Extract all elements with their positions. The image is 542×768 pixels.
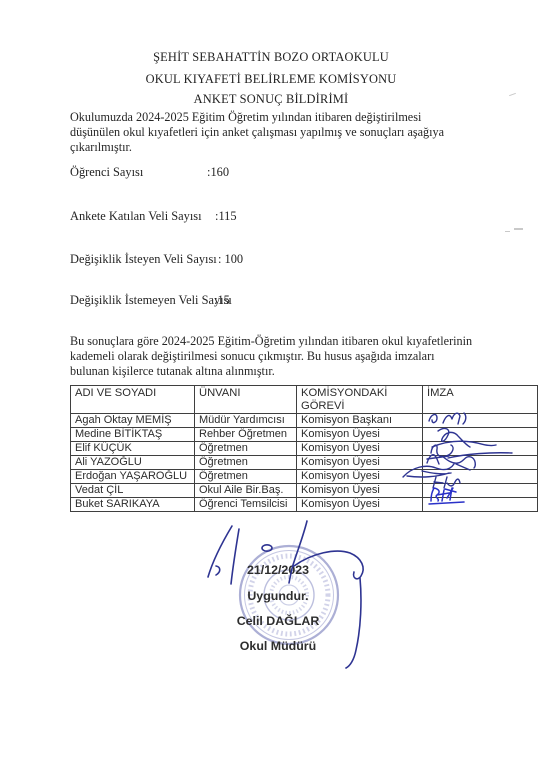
approval-status: Uygundur.	[178, 589, 378, 603]
stat-student-count: Öğrenci Sayısı :160	[70, 165, 143, 179]
stat-value: :15	[214, 293, 230, 308]
cell-signature	[423, 414, 538, 428]
principal-name: Celil DAĞLAR	[178, 614, 378, 628]
cell-signature	[423, 428, 538, 442]
cell-name: Elif KÜÇÜK	[71, 442, 195, 456]
stat-label: Ankete Katılan Veli Sayısı	[70, 209, 202, 223]
col-header-role: KOMİSYONDAKİ GÖREVİ	[297, 386, 423, 414]
col-header-title: ÜNVANI	[195, 386, 297, 414]
cell-title: Öğretmen	[195, 442, 297, 456]
cell-role: Komisyon Üyesi	[297, 428, 423, 442]
table-row: Buket SARIKAYA Öğrenci Temsilcisi Komisy…	[71, 498, 538, 512]
cell-signature	[423, 498, 538, 512]
intro-paragraph: Okulumuzda 2024-2025 Eğitim Öğretim yılı…	[70, 110, 462, 156]
commission-table: ADI VE SOYADI ÜNVANI KOMİSYONDAKİ GÖREVİ…	[70, 385, 538, 512]
cell-signature	[423, 470, 538, 484]
cell-signature	[423, 484, 538, 498]
cell-title: Rehber Öğretmen	[195, 428, 297, 442]
stat-label: Öğrenci Sayısı	[70, 165, 143, 179]
stat-label: Değişiklik İsteyen Veli Sayısı	[70, 252, 217, 266]
stat-value: :115	[215, 209, 237, 224]
conclusion-paragraph: Bu sonuçlara göre 2024-2025 Eğitim-Öğret…	[70, 334, 474, 380]
table-row: Elif KÜÇÜK Öğretmen Komisyon Üyesi	[71, 442, 538, 456]
cell-role: Komisyon Üyesi	[297, 456, 423, 470]
scan-artifact	[505, 231, 510, 232]
cell-signature	[423, 442, 538, 456]
stat-label: Değişiklik İstemeyen Veli Sayısı	[70, 293, 232, 307]
cell-name: Agah Oktay MEMİŞ	[71, 414, 195, 428]
cell-signature	[423, 456, 538, 470]
table-row: Ali YAZOĞLU Öğretmen Komisyon Üyesi	[71, 456, 538, 470]
cell-role: Komisyon Üyesi	[297, 484, 423, 498]
cell-name: Medine BİTİKTAŞ	[71, 428, 195, 442]
col-header-name: ADI VE SOYADI	[71, 386, 195, 414]
cell-name: Erdoğan YAŞAROĞLU	[71, 470, 195, 484]
cell-role: Komisyon Başkanı	[297, 414, 423, 428]
stat-value: : 100	[218, 252, 243, 267]
scanned-document-page: ŞEHİT SEBAHATTİN BOZO ORTAOKULU OKUL KIY…	[0, 0, 542, 768]
stat-participating-parents: Ankete Katılan Veli Sayısı :115	[70, 209, 202, 223]
stat-parents-not-wanting-change: Değişiklik İstemeyen Veli Sayısı :15	[70, 293, 232, 307]
cell-role: Komisyon Üyesi	[297, 442, 423, 456]
approval-date: 21/12/2023	[178, 563, 378, 577]
cell-title: Öğretmen	[195, 470, 297, 484]
report-title: ANKET SONUÇ BİLDİRİMİ	[0, 92, 542, 107]
cell-title: Öğrenci Temsilcisi	[195, 498, 297, 512]
cell-name: Vedat ÇİL	[71, 484, 195, 498]
school-name-title: ŞEHİT SEBAHATTİN BOZO ORTAOKULU	[0, 50, 542, 65]
table-header-row: ADI VE SOYADI ÜNVANI KOMİSYONDAKİ GÖREVİ…	[71, 386, 538, 414]
stat-parents-wanting-change: Değişiklik İsteyen Veli Sayısı : 100	[70, 252, 217, 266]
stat-value: :160	[207, 165, 229, 180]
scan-artifact	[514, 228, 523, 230]
table-row: Vedat ÇİL Okul Aile Bir.Baş. Komisyon Üy…	[71, 484, 538, 498]
principal-title: Okul Müdürü	[178, 639, 378, 653]
cell-name: Buket SARIKAYA	[71, 498, 195, 512]
cell-role: Komisyon Üyesi	[297, 470, 423, 484]
cell-name: Ali YAZOĞLU	[71, 456, 195, 470]
cell-role: Komisyon Üyesi	[297, 498, 423, 512]
commission-title: OKUL KIYAFETİ BELİRLEME KOMİSYONU	[0, 72, 542, 87]
cell-title: Müdür Yardımcısı	[195, 414, 297, 428]
table-row: Agah Oktay MEMİŞ Müdür Yardımcısı Komisy…	[71, 414, 538, 428]
cell-title: Öğretmen	[195, 456, 297, 470]
table-row: Medine BİTİKTAŞ Rehber Öğretmen Komisyon…	[71, 428, 538, 442]
table-row: Erdoğan YAŞAROĞLU Öğretmen Komisyon Üyes…	[71, 470, 538, 484]
col-header-signature: İMZA	[423, 386, 538, 414]
cell-title: Okul Aile Bir.Baş.	[195, 484, 297, 498]
